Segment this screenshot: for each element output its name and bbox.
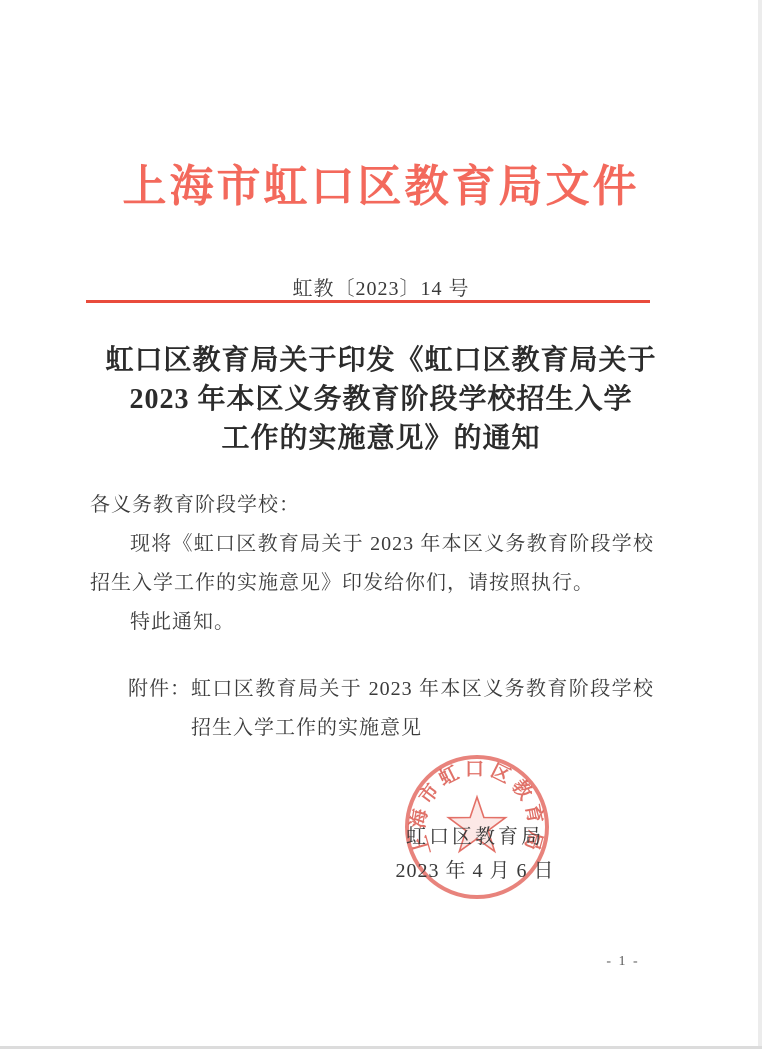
document-body: 各义务教育阶段学校： 现将《虹口区教育局关于 2023 年本区义务教育阶段学校招… — [90, 486, 654, 748]
scan-edge-right — [758, 0, 762, 1049]
sign-date: 2023 年 4 月 6 日 — [370, 854, 580, 883]
page-number: - 1 - — [578, 954, 668, 970]
document-title-line-1: 虹口区教育局关于印发《虹口区教育局关于 — [60, 341, 702, 380]
red-separator-line — [86, 300, 650, 303]
body-paragraph-1: 现将《虹口区教育局关于 2023 年本区义务教育阶段学校招生入学工作的实施意见》… — [90, 525, 654, 603]
salutation: 各义务教育阶段学校： — [90, 486, 654, 525]
document-title-line-2: 2023 年本区义务教育阶段学校招生入学 — [60, 380, 702, 419]
document-title: 虹口区教育局关于印发《虹口区教育局关于 2023 年本区义务教育阶段学校招生入学… — [60, 341, 702, 458]
official-document-page: 上海市虹口区教育局文件 虹教〔2023〕14 号 虹口区教育局关于印发《虹口区教… — [0, 0, 762, 1049]
attachment-label: 附件： — [128, 670, 191, 748]
doc-number: 虹教〔2023〕14 号 — [0, 272, 762, 301]
signer-name: 虹口区教育局 — [370, 820, 580, 849]
document-title-line-3: 工作的实施意见》的通知 — [60, 419, 702, 458]
document-header-title: 上海市虹口区教育局文件 — [0, 150, 762, 214]
body-paragraph-2: 特此通知。 — [90, 603, 654, 642]
attachment-line: 附件： 虹口区教育局关于 2023 年本区义务教育阶段学校招生入学工作的实施意见 — [128, 670, 654, 748]
attachment-text: 虹口区教育局关于 2023 年本区义务教育阶段学校招生入学工作的实施意见 — [191, 670, 654, 748]
